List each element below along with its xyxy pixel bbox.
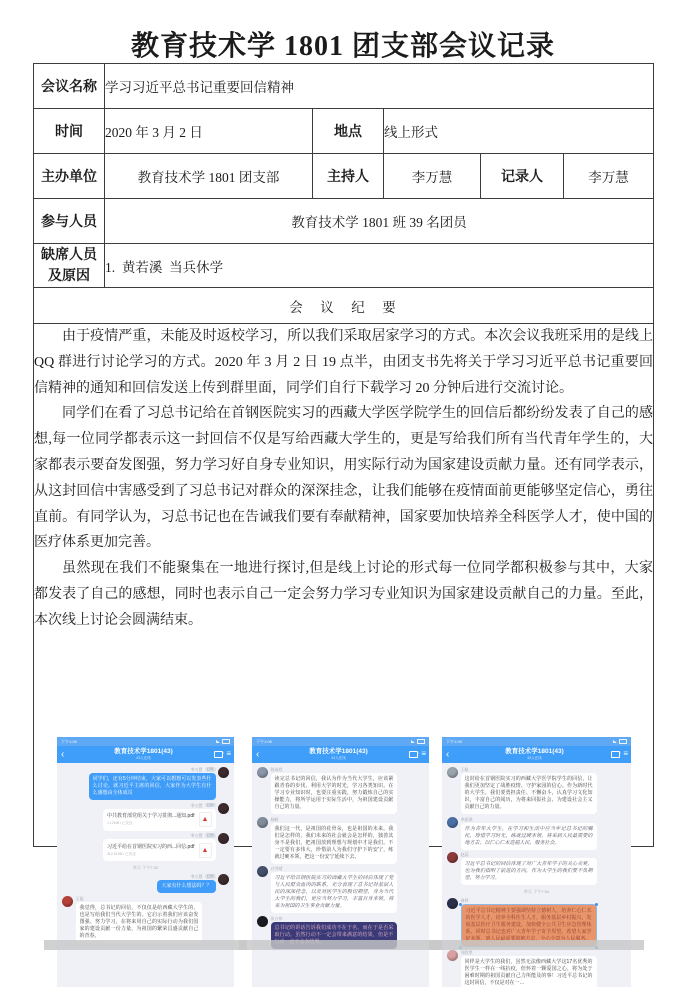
page-title: 教育技术学 1801 团支部会议记录 bbox=[0, 24, 686, 64]
sender-name: 王磊 bbox=[76, 896, 84, 901]
battery-icon bbox=[417, 739, 425, 744]
status-bar: 下午1:08 bbox=[252, 737, 429, 746]
sender-name: 王聪 bbox=[461, 767, 469, 772]
meeting-name-value: 学习习近平总书记重要回信精神 bbox=[105, 64, 654, 109]
file-attachment: 习近平给在首钢医院实习的西...回信.pdf312.91KB / 已发送▲ bbox=[103, 839, 216, 861]
avatar bbox=[447, 950, 458, 961]
chat-message: 杨帆我们这一代，是祖国的花骨朵，也是祖国的未来。我们是怎样的，我们未来的社会就会… bbox=[257, 817, 424, 864]
chat-timestamp: 昨天 下午7:32 bbox=[133, 865, 158, 871]
avatar bbox=[218, 767, 229, 778]
screenshot-grey-bar bbox=[429, 940, 644, 950]
avatar bbox=[447, 898, 458, 909]
sender-name: 赵蕊 bbox=[461, 852, 469, 857]
recorder-label: 记录人 bbox=[481, 154, 564, 199]
avatar bbox=[257, 866, 268, 877]
status-bar: 下午1:08 bbox=[442, 737, 631, 746]
sender-name: 白雪晴 bbox=[271, 866, 283, 871]
meeting-info-table: 会议名称 学习习近平总书记重要回信精神 时间 2020 年 3 月 2 日 地点… bbox=[33, 63, 654, 847]
avatar bbox=[447, 817, 458, 828]
sender-name: 李万慧 bbox=[191, 803, 203, 808]
absent-label: 缺席人员 及原因 bbox=[34, 244, 105, 288]
sender-name: 李万慧 bbox=[191, 874, 203, 879]
video-call-icon bbox=[611, 751, 620, 758]
status-time: 下午1:08 bbox=[256, 737, 272, 746]
message-bubble: 习近平给首钢医院实习的西藏大学生的回信体现了党与人民群众血肉的联系，充分表现了总… bbox=[271, 872, 398, 913]
screenshot-grey-bar bbox=[239, 940, 442, 950]
table-row: 缺席人员 及原因 1. 黄若溪 当兵休学 bbox=[34, 244, 654, 288]
signal-icon bbox=[613, 740, 617, 743]
chat-message: 李思琪作为青年大学生，在学习和生活中应当牢记总书记的嘱托，珍惜学习时光，练就过硬… bbox=[447, 817, 626, 850]
avatar bbox=[257, 767, 268, 778]
signal-icon bbox=[411, 740, 415, 743]
chat-header: ‹ 教育技术学1801(43) 43人在线 ≡ bbox=[252, 746, 429, 763]
back-icon: ‹ bbox=[61, 747, 64, 762]
message-bubble: 同样是大学生的我们，虽然无法像西藏大学这17名优秀的医学生一样在一线抗疫，但怀着… bbox=[461, 956, 597, 988]
absent-value: 1. 黄若溪 当兵休学 bbox=[105, 244, 654, 288]
chat-message: 白雪晴习近平给首钢医院实习的西藏大学生的回信体现了党与人民群众血肉的联系，充分表… bbox=[257, 866, 424, 913]
status-icons bbox=[411, 737, 425, 746]
message-bubble: 同学们，还有5分钟结束，大家可以想想可以发表些什么讨论。就习近平主席的回信，大家… bbox=[89, 773, 216, 800]
status-time: 下午1:08 bbox=[446, 737, 462, 746]
menu-icon: ≡ bbox=[421, 750, 426, 758]
time-value: 2020 年 3 月 2 日 bbox=[105, 109, 313, 154]
chat-message: 已读李万慧同学们，还有5分钟结束，大家可以想想可以发表些什么讨论。就习近平主席的… bbox=[62, 767, 229, 800]
sender-name: 周婷 bbox=[461, 898, 469, 903]
host-label: 主持人 bbox=[313, 154, 384, 199]
avatar bbox=[218, 833, 229, 844]
chat-message: 王磊我觉得，总书记的回信，不仅仅是给西藏大学生的，也是写给我们当代大学生的。它启… bbox=[62, 896, 229, 943]
message-bubble: 我觉得，总书记的回信，不仅仅是给西藏大学生的，也是写给我们当代大学生的。它启示着… bbox=[76, 902, 203, 943]
chat-message: 已读李万慧中共教育部党组关于学习贯彻...通知.pdf1.12MB / 已发送▲ bbox=[62, 803, 229, 831]
table-row: 参与人员 教育技术学 1801 班 39 名团员 bbox=[34, 199, 654, 244]
table-row: 会议名称 学习习近平总书记重要回信精神 bbox=[34, 64, 654, 109]
document-page: 教育技术学 1801 团支部会议记录 会议名称 学习习近平总书记重要回信精神 时… bbox=[0, 0, 686, 1001]
chat-message: 王聪这封给在首钢医院实习的西藏大学医学院学生的回信，让我们更加坚定了战胜疫情、守… bbox=[447, 767, 626, 814]
minutes-paragraph-2: 同学们在看了习总书记给在首钢医院实习的西藏大学医学院学生的回信后都纷纷发表了自己… bbox=[34, 401, 653, 556]
sender-name: 杨帆 bbox=[271, 817, 279, 822]
avatar bbox=[257, 916, 268, 927]
sender-name: 李思琪 bbox=[461, 817, 473, 822]
chat-message: 赵蕊习近平总书记的回信体现了对广大青年学子的关心关爱，也为我们指明了前进的方向，… bbox=[447, 852, 626, 885]
recorder-value: 李万慧 bbox=[564, 154, 654, 199]
avatar bbox=[218, 803, 229, 814]
read-receipt-badge: 已读 bbox=[205, 874, 216, 879]
location-value: 线上形式 bbox=[384, 109, 654, 154]
minutes-paragraph-3: 虽然现在我们不能聚集在一地进行探讨,但是线上讨论的形式每一位同学都积极参与其中，… bbox=[34, 556, 653, 633]
avatar bbox=[218, 874, 229, 885]
chat-message: 已读李万慧习近平给在首钢医院实习的西...回信.pdf312.91KB / 已发… bbox=[62, 833, 229, 861]
message-bubble: 大家有什么想法吗？？ bbox=[157, 880, 215, 893]
avatar bbox=[257, 817, 268, 828]
group-subtitle: 43人在线 bbox=[462, 756, 607, 760]
read-receipt-badge: 已读 bbox=[205, 767, 216, 772]
time-label: 时间 bbox=[34, 109, 105, 154]
sender-name: 李万慧 bbox=[191, 833, 203, 838]
status-icons bbox=[216, 737, 230, 746]
sender-name: 陈雨欣 bbox=[271, 767, 283, 772]
status-bar: 下午1:08 bbox=[57, 737, 234, 746]
group-title: 教育技术学1801(43) bbox=[77, 747, 210, 756]
battery-icon bbox=[619, 739, 627, 744]
chat-message-list: 陈雨欣读完总书记的回信，我认为作为当代大学生，应该紧跟青春的步伐，利用大学的时光… bbox=[252, 763, 429, 987]
organizer-value: 教育技术学 1801 团支部 bbox=[105, 154, 313, 199]
file-size-status: 1.12MB / 已发送 bbox=[107, 821, 195, 826]
host-value: 李万慧 bbox=[384, 154, 481, 199]
avatar bbox=[447, 852, 458, 863]
participants-label: 参与人员 bbox=[34, 199, 105, 244]
organizer-label: 主办单位 bbox=[34, 154, 105, 199]
read-receipt-badge: 已读 bbox=[205, 803, 216, 808]
message-bubble: 作为青年大学生，在学习和生活中应当牢记总书记的嘱托，珍惜学习时光，练就过硬本领，… bbox=[461, 823, 597, 850]
file-attachment: 中共教育部党组关于学习贯彻...通知.pdf1.12MB / 已发送▲ bbox=[103, 809, 216, 831]
chat-header: ‹ 教育技术学1801(43) 43人在线 ≡ bbox=[57, 746, 234, 763]
message-bubble: 读完总书记的回信，我认为作为当代大学生，应该紧跟青春的步伐，利用大学的时光，学习… bbox=[271, 773, 398, 814]
pdf-icon: ▲ bbox=[199, 843, 212, 858]
status-icons bbox=[613, 737, 627, 746]
pdf-icon: ▲ bbox=[199, 812, 212, 827]
group-subtitle: 43人在线 bbox=[272, 756, 405, 760]
sender-name: 张万伟 bbox=[271, 916, 283, 921]
minutes-paragraph-1: 由于疫情严重，未能及时返校学习，所以我们采取居家学习的方式。本次会议我班采用的是… bbox=[34, 324, 653, 401]
chat-timestamp: 昨天 下午7:34 bbox=[524, 889, 549, 895]
message-bubble: 习近平总书记的回信体现了对广大青年学子的关心关爱，也为我们指明了前进的方向，作为… bbox=[461, 858, 597, 885]
file-name: 习近平给在首钢医院实习的西...回信.pdf bbox=[107, 844, 195, 851]
group-title: 教育技术学1801(43) bbox=[462, 747, 607, 756]
participants-value: 教育技术学 1801 班 39 名团员 bbox=[105, 199, 654, 244]
selection-handle bbox=[459, 903, 462, 906]
table-row: 主办单位 教育技术学 1801 团支部 主持人 李万慧 记录人 李万慧 bbox=[34, 154, 654, 199]
message-bubble: 这封给在首钢医院实习的西藏大学医学院学生的回信，让我们更加坚定了战胜疫情、守护家… bbox=[461, 773, 597, 814]
table-row: 会 议 纪 要 bbox=[34, 288, 654, 324]
selection-handle bbox=[595, 903, 598, 906]
avatar bbox=[62, 896, 73, 907]
chat-message-list: 王聪这封给在首钢医院实习的西藏大学医学院学生的回信，让我们更加坚定了战胜疫情、守… bbox=[442, 763, 631, 987]
signal-icon bbox=[216, 740, 220, 743]
group-subtitle: 43人在线 bbox=[77, 756, 210, 760]
chat-message: 刘欣然同样是大学生的我们，虽然无法像西藏大学这17名优秀的医学生一样在一线抗疫，… bbox=[447, 950, 626, 988]
read-receipt-badge: 已读 bbox=[205, 833, 216, 838]
back-icon: ‹ bbox=[446, 747, 449, 762]
status-time: 下午1:08 bbox=[61, 737, 77, 746]
battery-icon bbox=[222, 739, 230, 744]
avatar bbox=[447, 767, 458, 778]
chat-message: 已读李万慧大家有什么想法吗？？ bbox=[62, 874, 229, 893]
menu-icon: ≡ bbox=[226, 750, 231, 758]
back-icon: ‹ bbox=[256, 747, 259, 762]
chat-message: 陈雨欣读完总书记的回信，我认为作为当代大学生，应该紧跟青春的步伐，利用大学的时光… bbox=[257, 767, 424, 814]
table-row: 时间 2020 年 3 月 2 日 地点 线上形式 bbox=[34, 109, 654, 154]
location-label: 地点 bbox=[313, 109, 384, 154]
file-name: 中共教育部党组关于学习贯彻...通知.pdf bbox=[107, 813, 195, 820]
sender-name: 李万慧 bbox=[191, 767, 203, 772]
video-call-icon bbox=[214, 751, 223, 758]
chat-message-list: 已读李万慧同学们，还有5分钟结束，大家可以想想可以发表些什么讨论。就习近平主席的… bbox=[57, 763, 234, 987]
meeting-name-label: 会议名称 bbox=[34, 64, 105, 109]
group-title: 教育技术学1801(43) bbox=[272, 747, 405, 756]
sender-name: 刘欣然 bbox=[461, 950, 473, 955]
menu-icon: ≡ bbox=[623, 750, 628, 758]
message-bubble: 我们这一代，是祖国的花骨朵，也是祖国的未来。我们是怎样的，我们未来的社会就会是怎… bbox=[271, 823, 398, 864]
screenshot-grey-bar bbox=[44, 940, 247, 950]
minutes-section-header: 会 议 纪 要 bbox=[34, 288, 654, 324]
file-size-status: 312.91KB / 已发送 bbox=[107, 852, 195, 857]
chat-header: ‹ 教育技术学1801(43) 43人在线 ≡ bbox=[442, 746, 631, 763]
video-call-icon bbox=[409, 751, 418, 758]
